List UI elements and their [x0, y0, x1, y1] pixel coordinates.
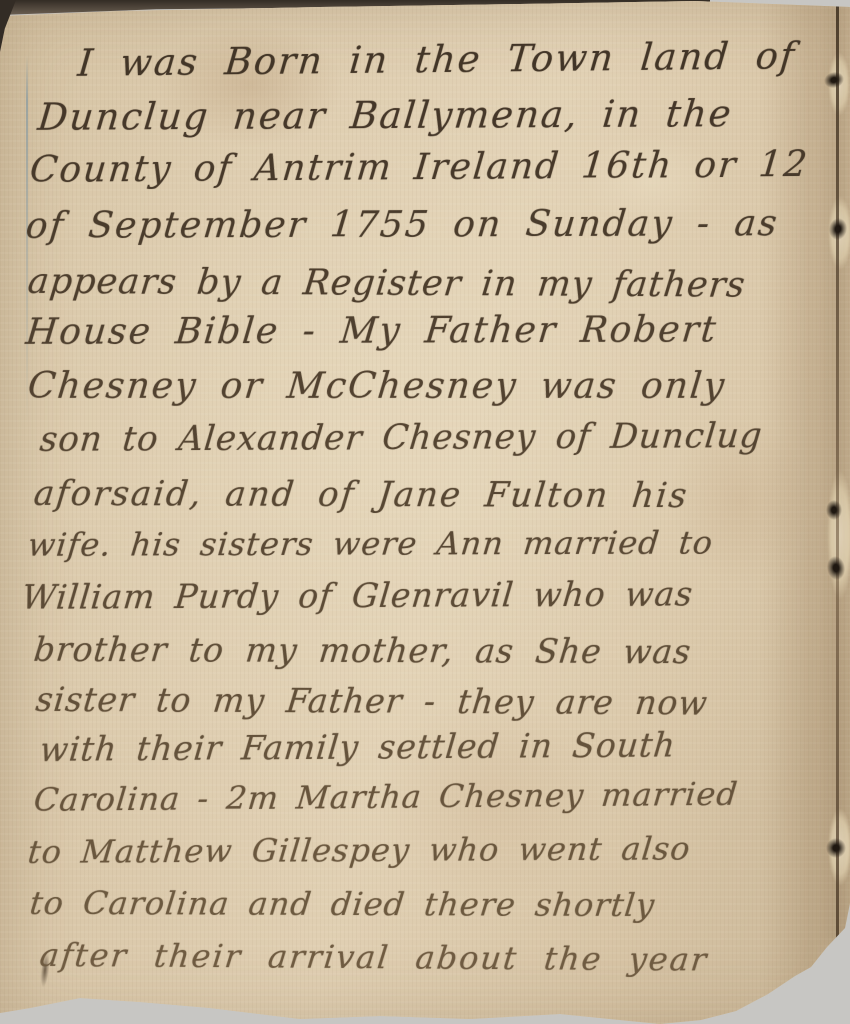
manuscript-line: Dunclug near Ballymena, in the [36, 92, 735, 139]
manuscript-line: House Bible - My Father Robert [24, 310, 720, 353]
manuscript-line: of September 1755 on Sunday - as [24, 203, 781, 247]
manuscript-line: aforsaid, and of Jane Fulton his [32, 474, 691, 516]
stitch-mark [826, 500, 842, 520]
manuscript-line: appears by a Register in my fathers [26, 262, 748, 306]
binding-crease-line [836, 0, 839, 942]
manuscript-line: Chesney or McChesney was only [26, 366, 728, 407]
manuscript-line: brother to my mother, as She was [32, 630, 694, 671]
manuscript-line: sister to my Father - they are now [34, 680, 710, 722]
manuscript-line: to Matthew Gillespey who went also [26, 830, 692, 871]
manuscript-text: I was Born in the Town land ofDunclug ne… [0, 0, 850, 1024]
manuscript-line: after their arrival about the year [38, 936, 710, 979]
photo-backdrop: I was Born in the Town land ofDunclug ne… [0, 0, 850, 1024]
manuscript-line: wife. his sisters were Ann married to [26, 524, 715, 564]
stitch-mark [826, 838, 846, 858]
manuscript-line: County of Antrim Ireland 16th or 12 [28, 145, 811, 191]
manuscript-page: I was Born in the Town land ofDunclug ne… [0, 0, 850, 1024]
manuscript-line: Carolina - 2m Martha Chesney married [32, 775, 740, 819]
manuscript-line: to Carolina and died there shortly [28, 884, 657, 924]
manuscript-line: I was Born in the Town land of [76, 34, 798, 85]
manuscript-line: son to Alexander Chesney of Dunclug [38, 416, 764, 460]
manuscript-line: William Purdy of Glenravil who was [20, 574, 695, 617]
manuscript-line: with their Family settled in South [38, 726, 678, 769]
